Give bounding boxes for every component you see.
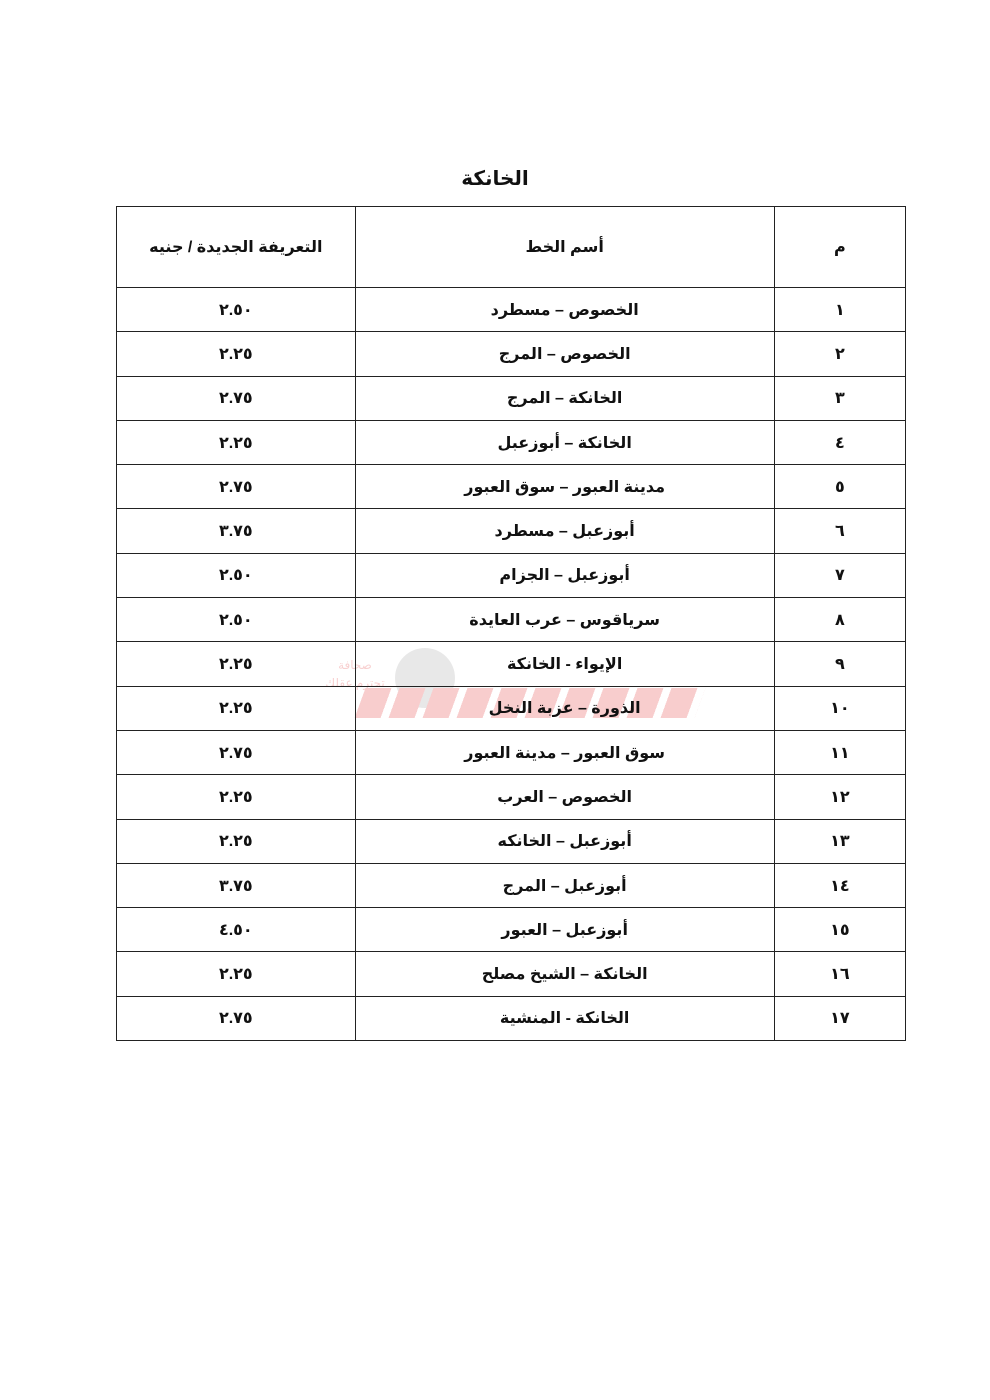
cell-index: ٥ [774, 465, 905, 509]
cell-index: ٢ [774, 332, 905, 376]
table-row: ١٦الخانكة – الشيخ مصلح٢.٢٥ [117, 952, 906, 996]
cell-index: ١٤ [774, 863, 905, 907]
table-row: ٦أبوزعبل – مسطرد٣.٧٥ [117, 509, 906, 553]
table-row: ٣الخانكة – المرج٢.٧٥ [117, 376, 906, 420]
cell-index: ١٢ [774, 775, 905, 819]
cell-index: ١٧ [774, 996, 905, 1040]
cell-route-name: الخانكة – أبوزعبل [355, 420, 774, 464]
cell-index: ٨ [774, 598, 905, 642]
cell-route-name: الإيواء - الخانكة [355, 642, 774, 686]
header-new-fare: التعريفة الجديدة / جنيه [117, 207, 356, 288]
cell-new-fare: ٢.٥٠ [117, 288, 356, 332]
cell-new-fare: ٢.٢٥ [117, 420, 356, 464]
table-row: ١٤أبوزعبل – المرج٣.٧٥ [117, 863, 906, 907]
cell-route-name: سوق العبور – مدينة العبور [355, 730, 774, 774]
table-row: ٩الإيواء - الخانكة٢.٢٥ [117, 642, 906, 686]
cell-route-name: الخصوص – العرب [355, 775, 774, 819]
cell-route-name: أبوزعبل – الخانكه [355, 819, 774, 863]
table-body: ١الخصوص – مسطرد٢.٥٠٢الخصوص – المرج٢.٢٥٣ا… [117, 288, 906, 1041]
cell-new-fare: ٢.٧٥ [117, 465, 356, 509]
cell-route-name: سرياقوس – عرب العايدة [355, 598, 774, 642]
header-index: م [774, 207, 905, 288]
table-row: ٧أبوزعبل – الجزام٢.٥٠ [117, 553, 906, 597]
cell-index: ٧ [774, 553, 905, 597]
table-row: ١٣أبوزعبل – الخانكه٢.٢٥ [117, 819, 906, 863]
header-route-name: أسم الخط [355, 207, 774, 288]
cell-new-fare: ٣.٧٥ [117, 863, 356, 907]
cell-new-fare: ٢.٢٥ [117, 332, 356, 376]
cell-index: ١١ [774, 730, 905, 774]
cell-index: ١٦ [774, 952, 905, 996]
cell-new-fare: ٢.٢٥ [117, 775, 356, 819]
cell-route-name: الذورة – عزبة النخل [355, 686, 774, 730]
cell-route-name: الخانكة - المنشية [355, 996, 774, 1040]
table-row: ١٥أبوزعبل – العبور٤.٥٠ [117, 908, 906, 952]
table-header-row: م أسم الخط التعريفة الجديدة / جنيه [117, 207, 906, 288]
table-row: ١الخصوص – مسطرد٢.٥٠ [117, 288, 906, 332]
cell-new-fare: ٢.٢٥ [117, 642, 356, 686]
cell-index: ٩ [774, 642, 905, 686]
table-row: ٨سرياقوس – عرب العايدة٢.٥٠ [117, 598, 906, 642]
cell-route-name: مدينة العبور – سوق العبور [355, 465, 774, 509]
cell-new-fare: ٢.٧٥ [117, 730, 356, 774]
table-row: ٥مدينة العبور – سوق العبور٢.٧٥ [117, 465, 906, 509]
cell-index: ٣ [774, 376, 905, 420]
cell-new-fare: ٣.٧٥ [117, 509, 356, 553]
table-row: ١٢الخصوص – العرب٢.٢٥ [117, 775, 906, 819]
cell-new-fare: ٢.٧٥ [117, 996, 356, 1040]
table-row: ١٧الخانكة - المنشية٢.٧٥ [117, 996, 906, 1040]
cell-new-fare: ٢.٢٥ [117, 952, 356, 996]
cell-new-fare: ٢.٧٥ [117, 376, 356, 420]
fare-table: م أسم الخط التعريفة الجديدة / جنيه ١الخص… [116, 206, 906, 1041]
cell-route-name: الخصوص – مسطرد [355, 288, 774, 332]
cell-route-name: أبوزعبل – المرج [355, 863, 774, 907]
cell-index: ٦ [774, 509, 905, 553]
cell-route-name: الخانكة – الشيخ مصلح [355, 952, 774, 996]
cell-new-fare: ٢.٥٠ [117, 553, 356, 597]
table-row: ٢الخصوص – المرج٢.٢٥ [117, 332, 906, 376]
table-row: ١١سوق العبور – مدينة العبور٢.٧٥ [117, 730, 906, 774]
table-row: ٤الخانكة – أبوزعبل٢.٢٥ [117, 420, 906, 464]
table-row: ١٠الذورة – عزبة النخل٢.٢٥ [117, 686, 906, 730]
cell-route-name: الخانكة – المرج [355, 376, 774, 420]
cell-index: ٤ [774, 420, 905, 464]
cell-new-fare: ٢.٢٥ [117, 686, 356, 730]
cell-new-fare: ٤.٥٠ [117, 908, 356, 952]
document-title: الخانكة [0, 166, 990, 191]
cell-index: ١٣ [774, 819, 905, 863]
cell-index: ١٥ [774, 908, 905, 952]
cell-route-name: أبوزعبل – مسطرد [355, 509, 774, 553]
cell-route-name: الخصوص – المرج [355, 332, 774, 376]
cell-index: ١٠ [774, 686, 905, 730]
cell-index: ١ [774, 288, 905, 332]
cell-new-fare: ٢.٥٠ [117, 598, 356, 642]
cell-route-name: أبوزعبل – الجزام [355, 553, 774, 597]
cell-new-fare: ٢.٢٥ [117, 819, 356, 863]
cell-route-name: أبوزعبل – العبور [355, 908, 774, 952]
